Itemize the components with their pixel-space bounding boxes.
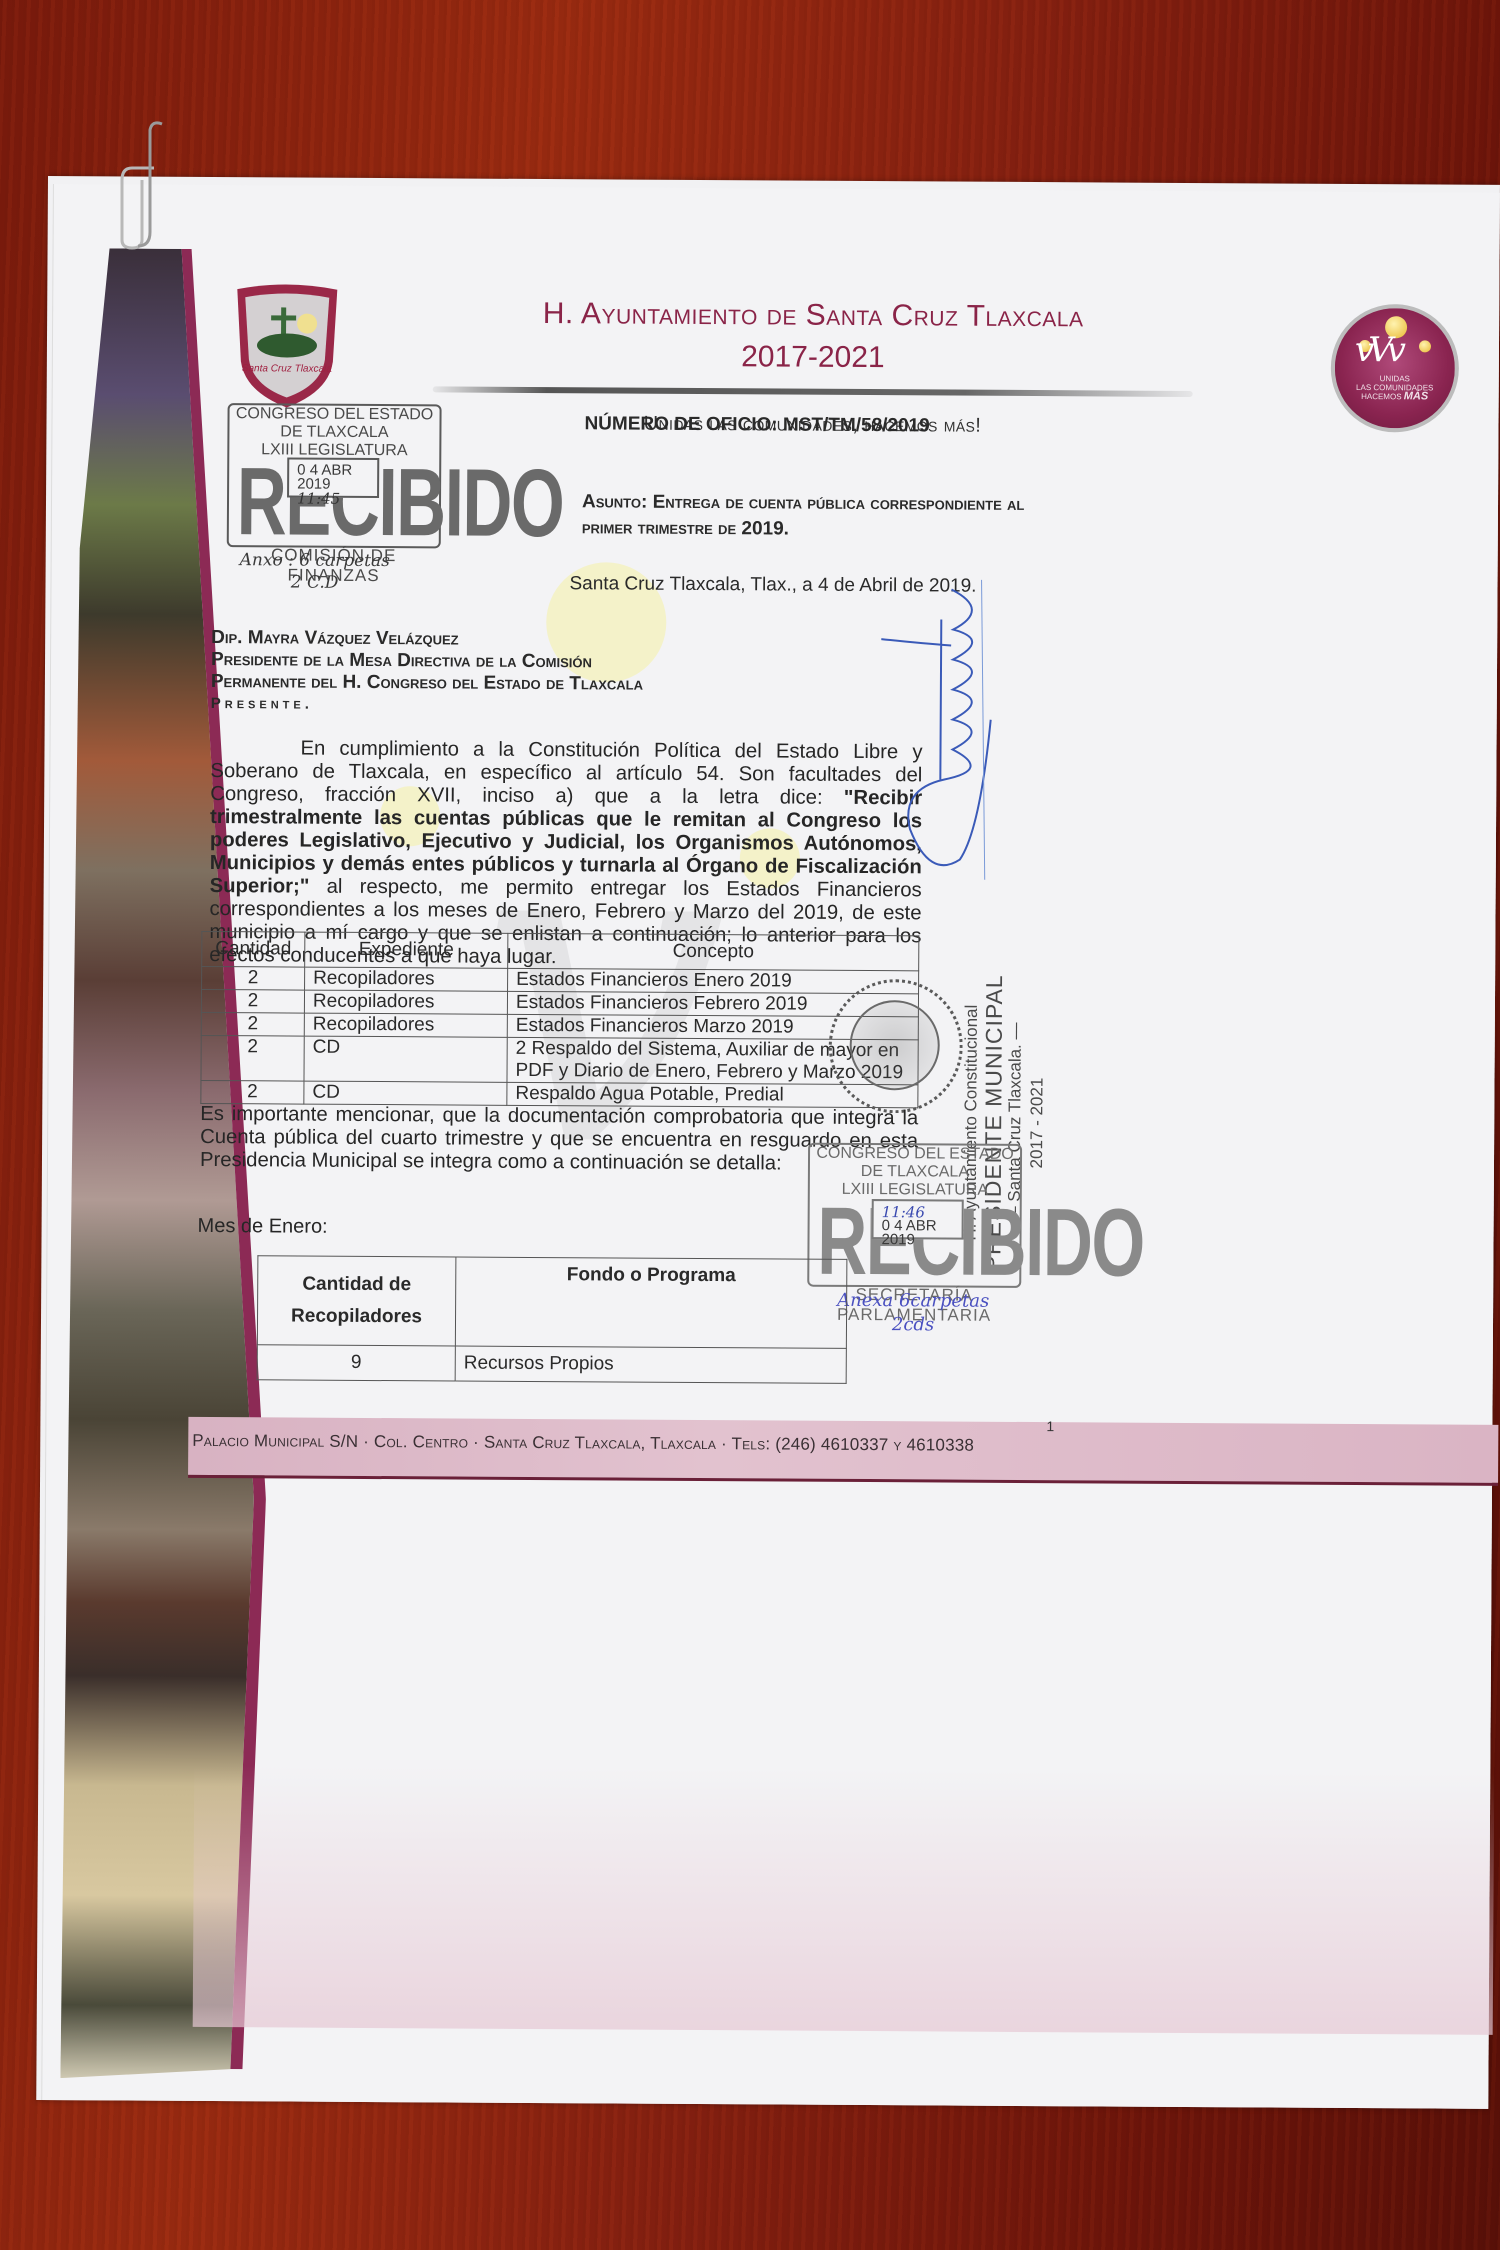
unidas-badge-logo: vVv UNIDAS LAS COMUNIDADES HACEMOS MÁS <box>1330 304 1459 433</box>
oficio-number: NÚMERO DE OFICIO: MST/TM/58/2019 <box>584 413 929 437</box>
handwritten-signature <box>880 579 1002 900</box>
recipient-block: Dip. Mayra Vázquez Velázquez Presidente … <box>211 627 644 718</box>
page-number: 1 <box>1046 1418 1054 1434</box>
month-label: Mes de Enero: <box>198 1215 328 1239</box>
letterhead-title: H. Ayuntamiento de Santa Cruz Tlaxcala <box>363 296 1263 335</box>
header-divider <box>433 386 1193 397</box>
handwritten-annex-note: Anxo : 6 carpetas 2 C.D <box>239 549 390 594</box>
national-seal-stamp <box>828 979 963 1114</box>
table-row: 9 Recursos Propios <box>257 1345 846 1384</box>
letterhead-years: 2017-2021 <box>363 338 1263 377</box>
table-row: 2CD2 Respaldo del Sistema, Auxiliar de m… <box>201 1035 918 1084</box>
municipal-shield-logo: Santa Cruz Tlaxcala <box>233 281 342 412</box>
documents-table: Cantidad Expediente Concepto 2Recopilado… <box>200 931 919 1108</box>
received-stamp-finanzas: CONGRESO DEL ESTADO DE TLAXCALA LXIII LE… <box>227 403 442 548</box>
letter-page: v Santa Cruz Tlaxcala H. Ayuntamiento de… <box>36 176 1500 2109</box>
footer-gradient <box>193 1765 1495 2035</box>
paper-clip <box>118 120 168 250</box>
funds-table: Cantidad de Recopiladores Fondo o Progra… <box>257 1255 848 1384</box>
handwritten-annex-note-2: Anexa 6carpetas 2cds <box>837 1289 989 1338</box>
svg-text:Santa Cruz Tlaxcala: Santa Cruz Tlaxcala <box>242 363 333 375</box>
asunto: Asunto: Entrega de cuenta pública corres… <box>582 489 1062 544</box>
